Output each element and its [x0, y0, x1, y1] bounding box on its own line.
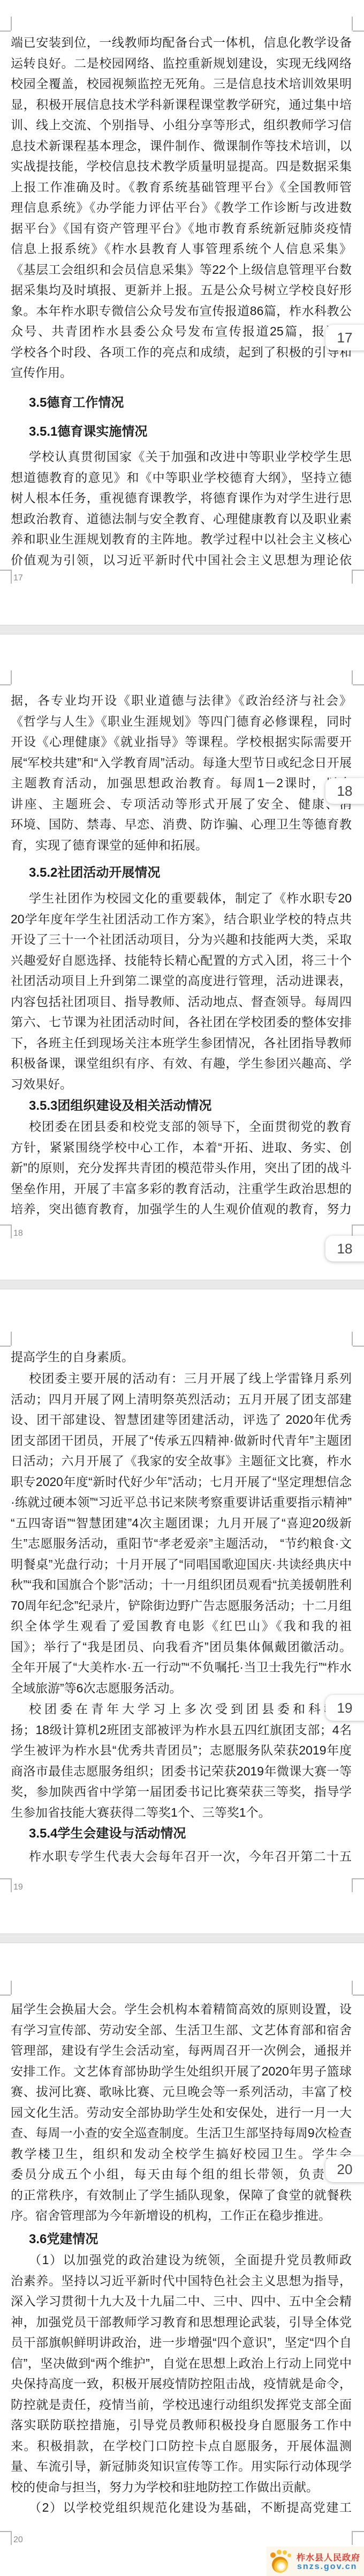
text-line: “五四寄语”“智慧团建”4次主题团课；九月开展了“喜迎20级新 [11, 1513, 352, 1534]
text-line: 3.5.1德育课实施情况 [11, 422, 352, 443]
text-line: 积极备课，课堂组织有序、有效、有趣，学生参团兴趣高、学 [11, 1053, 352, 1074]
section-heading: 3.5.4学生会建设与活动情况 [11, 1824, 352, 1845]
text-line: 序。宿舍管理部为今年新增设的机构，工作正在稳步推进。 [11, 2205, 352, 2226]
text-line: 学校各个时段、各项工作的亮点和成绩，起到了积极的引导和 [11, 342, 352, 363]
page-footer-number: 20 [13, 2533, 23, 2547]
text-line: 生”志愿服务活动，重阳节“孝老爱亲”主题活动， “节约粮食·文 [11, 1533, 352, 1554]
text-line: 据平台》《国有资产管理平台》《地市教育系统新冠肺炎疫情 [11, 218, 352, 239]
paragraph: 学生社团作为校园文化的重要载体，制定了《柞水职专2020学年度年学生社团活动工作… [11, 888, 352, 1094]
text-line: 查、每周一小查的安全巡查制度。生活卫生部坚持每周9次检查 [11, 2123, 352, 2144]
text-line: （1）以加强党的政治建设为统领，全面提升党员教师政 [11, 2250, 352, 2271]
paragraph: 校团委主要开展的活动有：三月开展了线上学雷锋月系列活动；四月开展了网上清明祭英烈… [11, 1368, 352, 1698]
text-line: 校团委主要开展的活动有：三月开展了线上学雷锋月系列 [11, 1368, 352, 1389]
text-line: 堡垒作用，开展了丰富多彩的教育活动，注重学生政治思想的 [11, 1178, 352, 1199]
section-heading: 3.6党建情况 [11, 2229, 352, 2250]
text-line: 环境、国防、禁毒、早恋、消费、防诈骗、心理卫生等德育教 [11, 814, 352, 835]
text-line: 奖，参加陕西省中学第一届团委书记比赛荣获三等奖，指导学 [11, 1781, 352, 1802]
text-line: 息技术新课程基本理念，课件制作、微课制作等技术培训，以 [11, 136, 352, 156]
text-line: 养和职业生涯规划教育的主阵地。教学过程中以社会主义核心 [11, 529, 352, 550]
text-line: 委员分成五个小组，每天由每个组的组长带领，负责一日 [11, 2164, 352, 2185]
text-line: 全年开展了“大美柞水·五一行动”“不负嘱托·当卫士我先行”“柞水 [11, 1657, 352, 1678]
text-line: 70周年纪念”纪录片，铲除街边野广告志愿服务活动；十二月组 [11, 1595, 352, 1616]
section-heading: 3.5.1德育课实施情况 [11, 422, 352, 443]
page-indicator-bubble: 17 [325, 325, 364, 350]
paragraph: 校团委在青年大学习上多次受到团县委和科教局扬；18级计算机2班团支部被评为柞水县… [11, 1699, 352, 1823]
text-line: 的正常秩序，有效制止了学生插队现象，保障了食堂的就餐秩 [11, 2185, 352, 2206]
text-line: 信息上报系统》《柞水县教育人事管理系统个人信息采集》 [11, 238, 352, 259]
text-line: 第六、七节课为社团活动时间，各社团在学校团委的整体安排 [11, 1012, 352, 1033]
page-indicator-bubble: 19 [325, 1695, 364, 1721]
text-line: 据，各专业均开设《职业道德与法律》《政治经济与社会》 [11, 690, 352, 711]
text-line: 想政治教育、道德法制与安全教育、心理健康教育以及职业素 [11, 509, 352, 529]
text-line: 训、线上交流、个别指导、小组分享等形式，组织教师学习信 [11, 115, 352, 136]
page-indicator-label: 18 [337, 783, 353, 800]
text-line: 方针，紧紧围绕学校中心工作，本着“开拓、进取、务实、创 [11, 1137, 352, 1158]
text-line: 织全体学生观看了爱国教育电影《红巴山》《我和我的祖 [11, 1616, 352, 1637]
text-line: 据采集均及时填报、更新并上报。五是公众号树立学校良好形 [11, 280, 352, 301]
text-line: ·练就过硬本领”“习近平总书记来陕考察重要讲话重要指示精神” [11, 1492, 352, 1513]
text-line: 习效果好。 [11, 1074, 352, 1095]
text-line: 学校认真贯彻国家《关于加强和改进中等职业学校学生思 [11, 446, 352, 467]
text-line: 校园全覆盖，校园视频监控无死角。三是信息技术培训效果明 [11, 73, 352, 94]
text-line: 3.5.3团组织建设及相关活动情况 [11, 1096, 352, 1117]
page-indicator-label: 18 [337, 1241, 353, 1257]
page-footer-number: 18 [13, 1227, 23, 1241]
text-line: 运转良好。二是校园网络、监控重新规划建设，实现无线网络 [11, 53, 352, 74]
text-line: 柞水职专学生代表大会每年召开一次，今年召开第二十五 [11, 1846, 352, 1867]
text-line: 宣传作用。 [11, 362, 352, 383]
text-line: 治素养。坚持以习近平新时代中国特色社会主义思想为指导， [11, 2271, 352, 2291]
page-footer-number: 19 [13, 1880, 23, 1894]
text-line: 3.5德育工作情况 [11, 393, 352, 414]
text-line: 员干部旗帜鲜明讲政治，进一步增强“四个意识”，坚定“四个自 [11, 2332, 352, 2353]
text-line: 信”，坚决做到“两个维护”，自觉在思想上政治上行动上同党中 [11, 2353, 352, 2374]
text-line: 教学楼卫生，组织和发动全校学生搞好校园卫生。学生会 [11, 2144, 352, 2164]
text-line: 开设了三十一个社团活动项目，分为兴趣和技能两大类，采取 [11, 929, 352, 950]
page-footer-number: 17 [13, 571, 23, 585]
text-line: 管理部，建设有学生会活动室，每两周召开一次例会，通报并 [11, 2040, 352, 2061]
text-line: 树人根本任务，重视德育课教学，将德育课作为对学生进行思 [11, 488, 352, 509]
text-line: 日活动；六月开展了《我家的安全故事》主题征文比赛，柞水 [11, 1451, 352, 1472]
text-line: 国》；举行了“我是团员、向我看齐”团员集体佩戴团徽活动。 [11, 1637, 352, 1657]
text-line: 端已安装到位，一线教师均配备台式一体机，信息化教学设备 [11, 32, 352, 53]
text-line: 校团委在团县委和校党支部的领导下，全面贯彻党的教育 [11, 1116, 352, 1137]
text-line: 想道德教育的意见》和《中等职业学校德育大纲》，坚持立德 [11, 467, 352, 488]
page-indicator-bubble: 18 [325, 1236, 364, 1261]
text-line: 3.5.4学生会建设与活动情况 [11, 1824, 352, 1845]
text-line: 赛、拔河比赛、歌咏比赛、元旦晚会等一系列活动，丰富了校 [11, 2081, 352, 2102]
paragraph: 柞水职专学生代表大会每年召开一次，今年召开第二十五 [11, 1846, 352, 1867]
text-line: 深入学习贯彻十九大及十九届二中、三中、四中、五中全会精 [11, 2291, 352, 2312]
text-line: 3.5.2社团活动开展情况 [11, 863, 352, 884]
text-line: 内容包括社团项目、指导教师、活动地点、督查领导。每周四 [11, 991, 352, 1012]
text-line: 有学习宣传部、劳动安全部、生活卫生部、文艺体育部和宿舍 [11, 2020, 352, 2041]
page-indicator-bubble: 18 [325, 778, 364, 804]
text-line: 团支部团干团员，开展了“传承五四精神·做新时代青年”主题团 [11, 1430, 352, 1451]
text-line: 神，加强党员干部教师学习教育和思想理论武装，引导全体党 [11, 2312, 352, 2333]
text-line: 实战提技能，学校信息技术教学质量明显提高。四是数据采集 [11, 156, 352, 177]
page-separator [0, 1280, 364, 1289]
text-line: 园文化生活。劳动安全部协助学生处和安保处，进行一月一大 [11, 2102, 352, 2123]
footprint-logo-icon [270, 2548, 294, 2575]
text-line: 下，各班主任到现场关注本班学生参团情况，各社团指导教师 [11, 1033, 352, 1054]
page-separator [0, 625, 364, 634]
paragraph: 校团委在团县委和校党支部的领导下，全面贯彻党的教育方针，紧紧围绕学校中心工作，本… [11, 1116, 352, 1220]
paragraph: （1）以加强党的政治建设为统领，全面提升党员教师政治素养。坚持以习近平新时代中国… [11, 2250, 352, 2497]
page-indicator-label: 19 [337, 1700, 353, 1716]
text-line: 防控就是责任，疫情当前，学校迅速行动组织发挥党支部全面 [11, 2394, 352, 2415]
text-line: 活动；四月开展了网上清明祭英烈活动；五月开展了团支部建 [11, 1389, 352, 1410]
text-line: 培养，突出德育教育，加强学生的人生观价值观的教育，努力 [11, 1199, 352, 1220]
text-line: 学生社团作为校园文化的重要载体，制定了《柞水职专20 [11, 888, 352, 909]
text-line: 商洛市最佳志愿服务组织；团委书记荣获2019年微课大赛一等 [11, 1761, 352, 1782]
text-line: 《基层工会组织和会员信息采集》等22个上级信息管理平台数 [11, 259, 352, 280]
text-line: 职专2020年度“新时代好少年”活动；七月开展了“坚定理想信念 [11, 1472, 352, 1492]
text-line: 社团活动项目上升到第二课堂的高度进行管理，活动进课表， [11, 970, 352, 991]
paragraph: 据，各专业均开设《职业道德与法律》《政治经济与社会》《哲学与人生》《职业生涯规划… [11, 690, 352, 855]
text-line: 主题教育活动，加强思想政治教育。每周1－2课时，以专 [11, 773, 352, 794]
text-line: 价值观为引领，以习近平新时代中国社会主义思想为理论依 [11, 550, 352, 571]
text-line: 量、车流引导，新冠肺炎知识宣传等工作。用实际行动体现学 [11, 2456, 352, 2477]
text-line: 3.6党建情况 [11, 2229, 352, 2250]
text-line: 显，积极开展信息技术学科新课程课堂教学研究，通过集中培 [11, 94, 352, 115]
text-line: 20学年度年学生社团活动工作方案》，结合职业学校的特点共 [11, 909, 352, 930]
section-heading: 3.5.3团组织建设及相关活动情况 [11, 1096, 352, 1117]
text-line: 生参加省技能大赛获得二等奖1个、三等奖1个。 [11, 1802, 352, 1823]
page-indicator-bubble: 20 [325, 2156, 364, 2182]
text-line: 学生被评为柞水县“优秀共青团员”；志愿服务队荣获2019年度 [11, 1740, 352, 1761]
text-line: 育，实现了德育课堂的延伸和拓展。 [11, 835, 352, 856]
text-line: 设、团干部建设、智慧团建等团建活动，评选了 2020年优秀 [11, 1409, 352, 1430]
text-line: 讲座、主题班会、专项活动等形式开展了安全、健康、消 [11, 794, 352, 815]
text-line: 全域旅游”等6次志愿服务活动。 [11, 1678, 352, 1699]
text-line: 来。积极捐款，在学校门口防控卡点自愿服务，开展体温测 [11, 2436, 352, 2456]
text-line: 扬；18级计算机2班团支部被评为柞水县五四红旗团支部；4名 [11, 1720, 352, 1741]
document-scroll-view[interactable]: 端已安装到位，一线教师均配备台式一体机，信息化教学设备运转良好。二是校园网络、监… [0, 0, 364, 2576]
text-line: 象。本年柞水职专微信公众号发布宣传报道86篇，柞水科教公 [11, 301, 352, 322]
government-site-watermark: 柞水县人民政府 snzs.gov.cn [267, 2547, 364, 2576]
text-line: 秋”“我和国旗合个影”活动；十一月组织团员观看“抗美援朝胜利 [11, 1574, 352, 1595]
text-line: 落实联防联控措施，引导党员教师积极投身自愿服务工作中 [11, 2415, 352, 2436]
text-line: 明餐桌”光盘行动；十月开展了“同唱国歌迎国庆·共读经典庆中 [11, 1554, 352, 1575]
paragraph: 提高学生的自身素质。 [11, 1347, 352, 1368]
paragraph: 端已安装到位，一线教师均配备台式一体机，信息化教学设备运转良好。二是校园网络、监… [11, 32, 352, 383]
text-line: 校的使命与担当，努力为学校和驻地防控工作做出贡献。 [11, 2477, 352, 2498]
section-heading: 3.5.2社团活动开展情况 [11, 863, 352, 884]
text-line: （2）以学校党组织规范化建设为基础，不断提高党建工 [11, 2497, 352, 2518]
text-line: 众号、共青团柞水县委公众号发布宣传报道25篇，报道反 [11, 321, 352, 342]
text-line: 届学生会换届大会。学生会机构本着精简高效的原则设置，设 [11, 1999, 352, 2020]
text-line: 兴趣爱好自愿选择、技能特长精心配置的方式入团，将三十个 [11, 950, 352, 971]
page-indicator-label: 17 [337, 330, 353, 346]
page-indicator-label: 20 [337, 2161, 353, 2178]
text-line: 提高学生的自身素质。 [11, 1347, 352, 1368]
watermark-site-url: snzs.gov.cn [297, 2562, 357, 2572]
text-line: 理信息系统》《办学能力评估平台》《教学工作诊断与改进数 [11, 197, 352, 218]
section-heading: 3.5德育工作情况 [11, 393, 352, 414]
text-line: 新”的原则，充分发挥共青团的模范带头作用，突出了团的战斗 [11, 1158, 352, 1178]
paragraph: 届学生会换届大会。学生会机构本着精简高效的原则设置，设有学习宣传部、劳动安全部、… [11, 1999, 352, 2226]
text-line: 展“军校共建”和“入学教育周”活动。每逢大型节日或纪念日开展 [11, 752, 352, 773]
paragraph: 学校认真贯彻国家《关于加强和改进中等职业学校学生思想道德教育的意见》和《中等职业… [11, 446, 352, 570]
text-line: 安排工作。文艺体育部协助学生处组织开展了2020年男子篮球 [11, 2061, 352, 2082]
text-line: 上报工作准确及时。《教育系统基础管理平台》《全国教师管 [11, 177, 352, 198]
text-line: 校团委在青年大学习上多次受到团县委和科教局 [11, 1699, 352, 1720]
text-line: 《哲学与人生》《职业生涯规划》等四门德育必修课程，同时 [11, 711, 352, 732]
paragraph: （2）以学校党组织规范化建设为基础，不断提高党建工 [11, 2497, 352, 2518]
text-line: 央保持高度一致，积极开展疫情防控阻击战，疫情就是命令， [11, 2373, 352, 2394]
page-separator [0, 1933, 364, 1943]
watermark-site-name: 柞水县人民政府 [297, 2551, 360, 2563]
text-line: 开设《心理健康》《就业指导》等课程。学校根据实际需要开 [11, 731, 352, 752]
